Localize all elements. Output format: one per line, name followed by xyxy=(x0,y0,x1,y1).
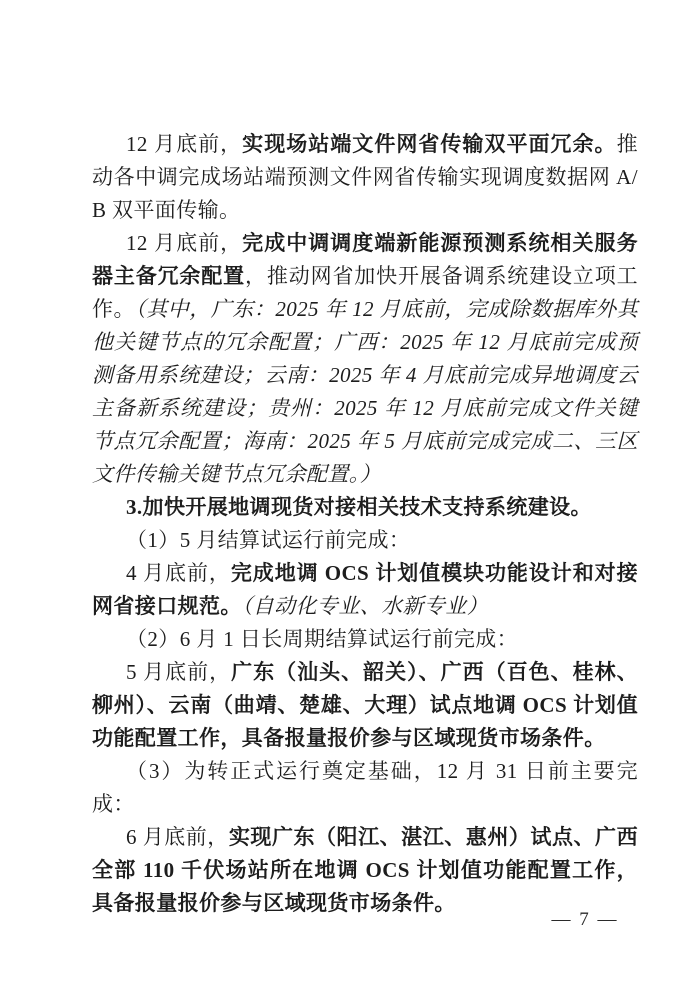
text-segment: 4 月底前， xyxy=(126,561,231,585)
paragraph: 5 月底前，广东（汕头、韶关）、广西（百色、桂林、柳州）、云南（曲靖、楚雄、大理… xyxy=(92,656,638,755)
text-segment: （自动化专业、水新专业） xyxy=(242,594,488,618)
paragraph: （3）为转正式运行奠定基础，12 月 31 日前主要完成： xyxy=(92,755,638,821)
document-body: 12 月底前，实现场站端文件网省传输双平面冗余。推动各中调完成场站端预测文件网省… xyxy=(92,128,638,920)
paragraph: 6 月底前，实现广东（阳江、湛江、惠州）试点、广西全部 110 千伏场站所在地调… xyxy=(92,821,638,920)
paragraph: （2）6 月 1 日长周期结算试运行前完成： xyxy=(92,623,638,656)
page-footer: — 7 — xyxy=(0,908,700,932)
text-segment: （2）6 月 1 日长周期结算试运行前完成： xyxy=(126,627,518,651)
paragraph: （1）5 月结算试运行前完成： xyxy=(92,524,638,557)
text-segment: 12 月底前， xyxy=(126,231,242,255)
text-segment: 6 月底前， xyxy=(126,825,229,849)
paragraph: 4 月底前，完成地调 OCS 计划值模块功能设计和对接网省接口规范。（自动化专业… xyxy=(92,557,638,623)
text-segment: 12 月底前， xyxy=(126,132,242,156)
text-segment: 实现场站端文件网省传输双平面冗余。 xyxy=(242,132,616,156)
section-heading: 3.加快开展地调现货对接相关技术支持系统建设。 xyxy=(92,491,638,524)
text-segment: 3.加快开展地调现货对接相关技术支持系统建设。 xyxy=(126,495,592,519)
text-segment: （1）5 月结算试运行前完成： xyxy=(126,528,410,552)
text-segment: （其中，广东：2025 年 12 月底前，完成除数据库外其他关键节点的冗余配置；… xyxy=(92,297,638,486)
paragraph: 12 月底前，完成中调调度端新能源预测系统相关服务器主备冗余配置，推动网省加快开… xyxy=(92,227,638,491)
document-page: 12 月底前，实现场站端文件网省传输双平面冗余。推动各中调完成场站端预测文件网省… xyxy=(0,0,700,989)
text-segment: （3）为转正式运行奠定基础，12 月 31 日前主要完成： xyxy=(92,759,638,816)
page-number: — 7 — xyxy=(552,908,619,932)
text-segment: 5 月底前， xyxy=(126,660,231,684)
paragraph: 12 月底前，实现场站端文件网省传输双平面冗余。推动各中调完成场站端预测文件网省… xyxy=(92,128,638,227)
